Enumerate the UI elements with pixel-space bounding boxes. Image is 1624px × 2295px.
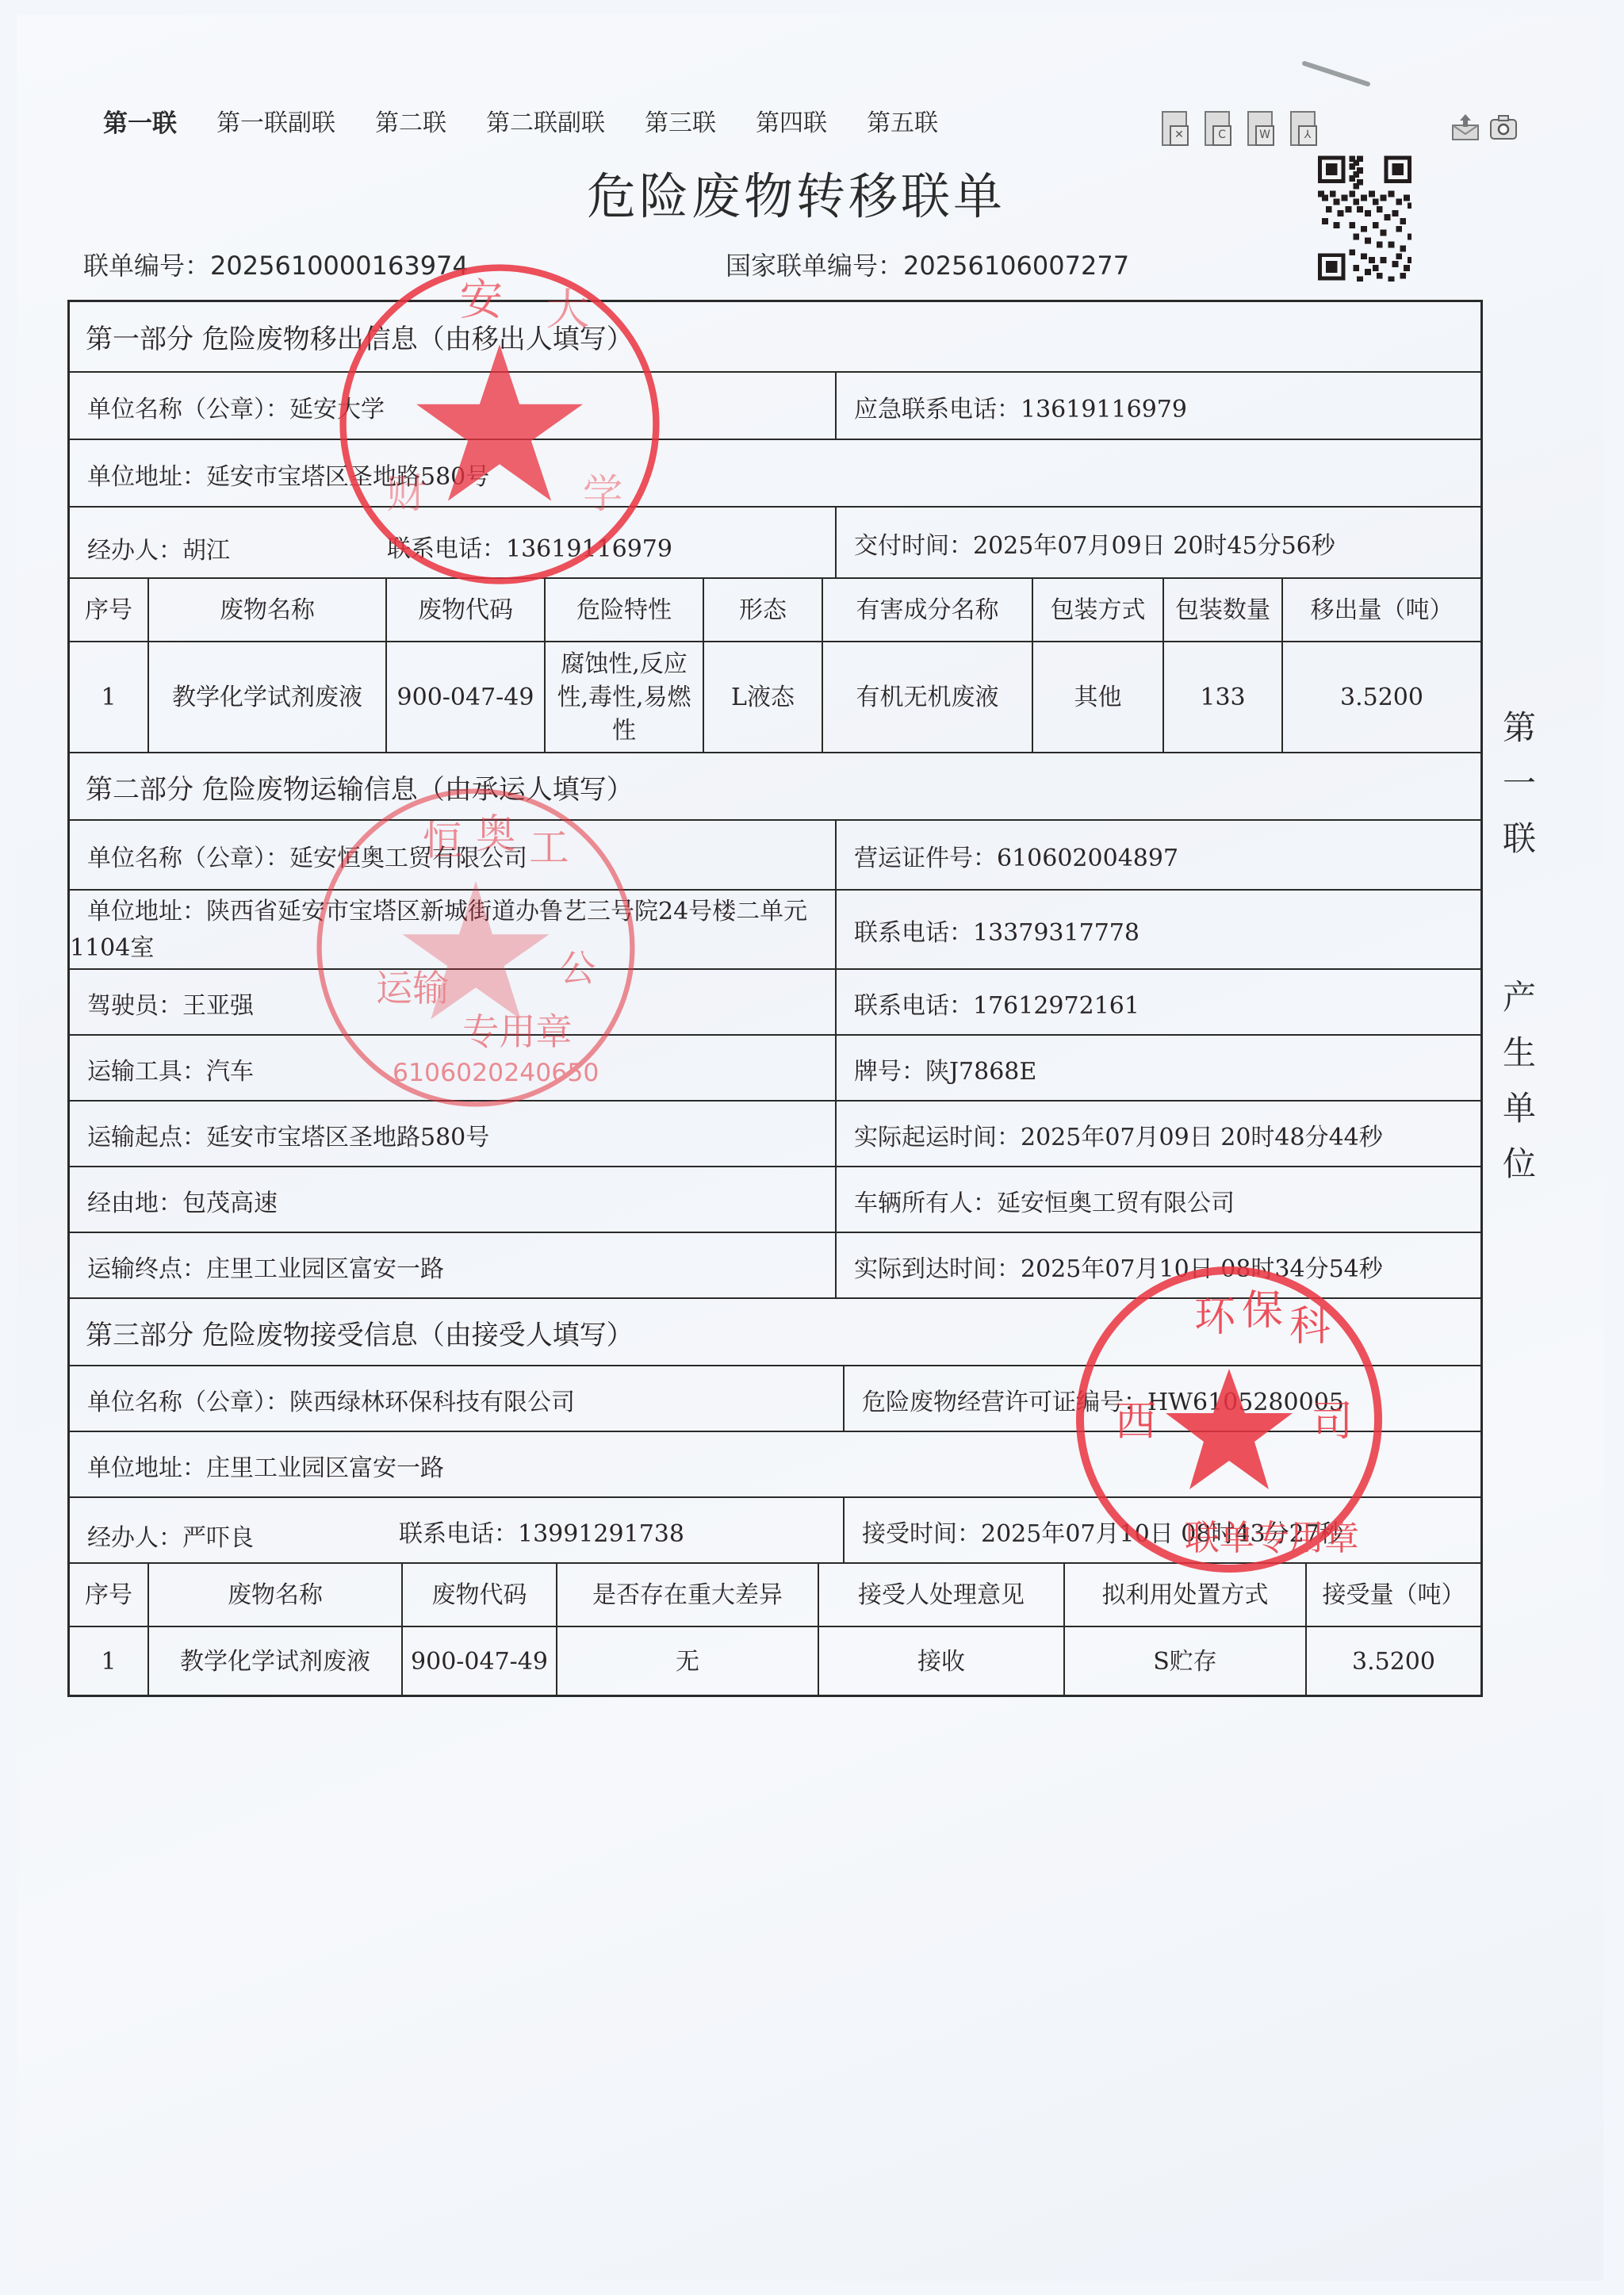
part1-delivery-time: 交付时间：2025年07月09日 20时45分56秒: [835, 508, 1480, 579]
part1-table-row: 1教学化学试剂废液900-047-49腐蚀性,反应性,毒性,易燃性L液态有机无机…: [70, 641, 1480, 753]
part2-via-row: 经由地：包茂高速 车辆所有人：延安恒奥工贸有限公司: [70, 1166, 1480, 1233]
excel-glyph: ✕: [1170, 125, 1189, 146]
part2-arrive-time: 实际到达时间：2025年07月10日 08时34分54秒: [835, 1233, 1480, 1299]
copy-tabs: 第一联第一联副联第二联第二联副联第三联第四联第五联: [103, 103, 978, 139]
csv-glyph: C: [1212, 125, 1231, 146]
part2-depart-time: 实际起运时间：2025年07月09日 20时48分44秒: [835, 1102, 1480, 1167]
national-serial-value: 20256106007277: [903, 251, 1129, 281]
part1-col-header-6: 包装方式: [1032, 579, 1162, 642]
part2-permit: 营运证件号：610602004897: [835, 821, 1480, 891]
part3-header-row: 第三部分 危险废物接受信息（由接受人填写）: [70, 1297, 1480, 1366]
word-glyph: W: [1255, 125, 1274, 146]
part1-cell-2: 900-047-49: [385, 642, 544, 753]
document-title: 危险废物转移联单: [587, 157, 1005, 228]
part3-col-header-2: 废物代码: [401, 1564, 556, 1627]
part1-table-header: 序号废物名称废物代码危险特性形态有害成分名称包装方式包装数量移出量（吨）: [70, 577, 1480, 642]
part3-col-header-3: 是否存在重大差异: [556, 1564, 818, 1627]
part1-col-header-7: 包装数量: [1162, 579, 1281, 642]
part1-col-header-5: 有害成分名称: [822, 579, 1032, 642]
manifest-form: 第一部分 危险废物移出信息（由移出人填写） 单位名称（公章）：延安大学 应急联系…: [67, 300, 1483, 1697]
part3-address: 单位地址：庄里工业园区富安一路: [70, 1432, 444, 1498]
side-char: 联: [1503, 813, 1536, 860]
tab-copy-4[interactable]: 第二联副联: [486, 103, 605, 139]
side-char: 第: [1503, 702, 1536, 749]
part1-col-header-8: 移出量（吨）: [1281, 579, 1480, 642]
part1-col-header-2: 废物代码: [385, 579, 544, 642]
part1-col-header-3: 危险特性: [544, 579, 703, 642]
part2-driver-row: 驾驶员：王亚强 联系电话：17612972161: [70, 968, 1480, 1036]
part2-owner: 车辆所有人：延安恒奥工贸有限公司: [835, 1167, 1480, 1233]
part1-address: 单位地址：延安市宝塔区圣地路580号: [70, 440, 489, 508]
part1-unit-row: 单位名称（公章）：延安大学 应急联系电话：13619116979: [70, 371, 1480, 440]
part1-handler: 经办人：胡江: [70, 508, 387, 579]
part3-col-header-1: 废物名称: [147, 1564, 401, 1627]
part3-col-header-4: 接受人处理意见: [818, 1564, 1063, 1627]
part1-cell-5: 有机无机废液: [822, 642, 1032, 753]
part1-handler-phone: 联系电话：13619116979: [387, 508, 835, 579]
part3-table-row: 1教学化学试剂废液900-047-49无接收S贮存3.5200: [70, 1626, 1480, 1696]
part3-receive-time: 接受时间：2025年07月10日 08时43分27秒: [843, 1498, 1480, 1564]
side-char: 一: [1503, 757, 1536, 805]
tab-copy-3[interactable]: 第二联: [375, 103, 446, 139]
serial-value: 2025610000163974: [210, 251, 469, 281]
part2-phone1: 联系电话：13379317778: [835, 891, 1480, 970]
part2-unit-row: 单位名称（公章）：延安恒奥工贸有限公司 营运证件号：610602004897: [70, 819, 1480, 891]
part2-origin: 运输起点：延安市宝塔区圣地路580号: [70, 1102, 835, 1167]
part2-destination-row: 运输终点：庄里工业园区富安一路 实际到达时间：2025年07月10日 08时34…: [70, 1232, 1480, 1299]
part1-address-row: 单位地址：延安市宝塔区圣地路580号: [70, 439, 1480, 508]
part1-cell-0: 1: [70, 642, 147, 753]
national-serial-label: 国家联单编号：: [726, 251, 903, 281]
export-pdf-icon[interactable]: ⅄: [1290, 111, 1316, 146]
part3-cell-4: 接收: [818, 1627, 1063, 1696]
part1-header-row: 第一部分 危险废物移出信息（由移出人填写）: [70, 302, 1480, 371]
part2-header-row: 第二部分 危险废物运输信息（由承运人填写）: [70, 752, 1480, 821]
part1-cell-6: 其他: [1032, 642, 1162, 753]
part1-emergency-phone: 应急联系电话：13619116979: [835, 373, 1480, 440]
part2-destination: 运输终点：庄里工业园区富安一路: [70, 1233, 835, 1299]
part3-col-header-5: 拟利用处置方式: [1063, 1564, 1305, 1627]
part3-cell-0: 1: [70, 1627, 147, 1696]
tab-copy-7[interactable]: 第五联: [867, 103, 938, 139]
part3-col-header-6: 接受量（吨）: [1305, 1564, 1480, 1627]
upload-mail-icon[interactable]: [1451, 113, 1480, 141]
part3-cell-2: 900-047-49: [401, 1627, 556, 1696]
part1-col-header-1: 废物名称: [147, 579, 385, 642]
part3-unit-row: 单位名称（公章）：陕西绿林环保科技有限公司 危险废物经营许可证编号：HW6105…: [70, 1365, 1480, 1432]
part2-origin-row: 运输起点：延安市宝塔区圣地路580号 实际起运时间：2025年07月09日 20…: [70, 1100, 1480, 1167]
tab-copy-6[interactable]: 第四联: [756, 103, 827, 139]
part1-cell-4: L液态: [703, 642, 822, 753]
part3-cell-5: S贮存: [1063, 1627, 1305, 1696]
serial-label: 联单编号：: [83, 251, 210, 281]
part3-col-header-0: 序号: [70, 1564, 147, 1627]
part2-vehicle: 运输工具：汽车: [70, 1036, 835, 1102]
part1-cell-8: 3.5200: [1281, 642, 1480, 753]
part1-col-header-4: 形态: [703, 579, 822, 642]
part3-license: 危险废物经营许可证编号：HW6105280005: [843, 1366, 1480, 1432]
part1-cell-1: 教学化学试剂废液: [147, 642, 385, 753]
tab-copy-2[interactable]: 第一联副联: [216, 103, 335, 139]
part3-handler: 经办人：严吓良: [70, 1498, 399, 1564]
part1-cell-7: 133: [1162, 642, 1281, 753]
qr-code[interactable]: [1318, 155, 1411, 282]
part3-table-header: 序号废物名称废物代码是否存在重大差异接受人处理意见拟利用处置方式接受量（吨）: [70, 1562, 1480, 1627]
side-char: 位: [1503, 1138, 1536, 1186]
part2-via: 经由地：包茂高速: [70, 1167, 835, 1233]
side-char: 生: [1503, 1027, 1536, 1075]
part2-address-row: 单位地址：陕西省延安市宝塔区新城街道办鲁艺三号院24号楼二单元1104室 联系电…: [70, 889, 1480, 970]
part3-handler-phone: 联系电话：13991291738: [399, 1498, 843, 1564]
part1-cell-3: 腐蚀性,反应性,毒性,易燃性: [544, 642, 703, 753]
part2-phone2: 联系电话：17612972161: [835, 970, 1480, 1036]
pdf-glyph: ⅄: [1298, 125, 1317, 146]
camera-icon[interactable]: [1489, 113, 1518, 141]
export-word-icon[interactable]: W: [1247, 111, 1273, 146]
part3-cell-3: 无: [556, 1627, 818, 1696]
part3-address-row: 单位地址：庄里工业园区富安一路: [70, 1431, 1480, 1498]
tab-copy-5[interactable]: 第三联: [645, 103, 716, 139]
part3-title: 第三部分 危险废物接受信息（由接受人填写）: [70, 1299, 634, 1366]
part1-title: 第一部分 危险废物移出信息（由移出人填写）: [70, 302, 634, 371]
export-csv-icon[interactable]: C: [1205, 111, 1230, 146]
part3-cell-1: 教学化学试剂废液: [147, 1627, 401, 1696]
export-excel-icon[interactable]: ✕: [1162, 111, 1187, 146]
part2-unit-name: 单位名称（公章）：延安恒奥工贸有限公司: [70, 821, 835, 891]
export-toolbar: ✕ C W ⅄: [1162, 111, 1316, 146]
part1-col-header-0: 序号: [70, 579, 147, 642]
side-char: 产: [1503, 971, 1536, 1019]
part2-plate: 牌号：陕J7868E: [835, 1036, 1480, 1102]
part1-unit-name: 单位名称（公章）：延安大学: [70, 373, 835, 440]
part2-title: 第二部分 危险废物运输信息（由承运人填写）: [70, 753, 634, 821]
part3-handler-row: 经办人：严吓良 联系电话：13991291738 接受时间：2025年07月10…: [70, 1496, 1480, 1564]
tab-copy-1[interactable]: 第一联: [103, 103, 177, 139]
part1-handler-row: 经办人：胡江 联系电话：13619116979 交付时间：2025年07月09日…: [70, 506, 1480, 579]
national-serial: 国家联单编号：20256106007277: [726, 246, 1129, 282]
part2-vehicle-row: 运输工具：汽车 牌号：陕J7868E: [70, 1034, 1480, 1102]
manifest-serial: 联单编号：2025610000163974: [83, 246, 469, 282]
part2-address: 单位地址：陕西省延安市宝塔区新城街道办鲁艺三号院24号楼二单元1104室: [70, 891, 835, 970]
part2-driver: 驾驶员：王亚强: [70, 970, 835, 1036]
part3-cell-6: 3.5200: [1305, 1627, 1480, 1696]
part3-unit-name: 单位名称（公章）：陕西绿林环保科技有限公司: [70, 1366, 843, 1432]
part2-address-text: 单位地址：陕西省延安市宝塔区新城街道办鲁艺三号院24号楼二单元1104室: [70, 894, 830, 967]
side-char: 单: [1503, 1082, 1536, 1130]
